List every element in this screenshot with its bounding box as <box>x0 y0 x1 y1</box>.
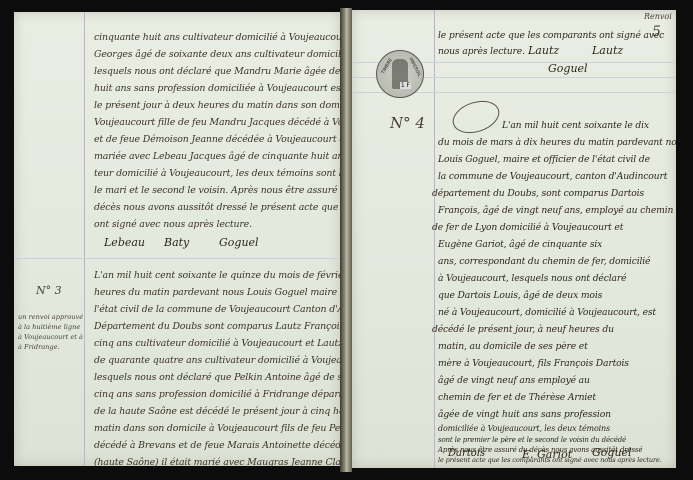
text-line: l'état civil de la commune de Voujeaucou… <box>94 304 340 315</box>
text-line: Georges âgé de soixante deux ans cultiva… <box>94 49 340 60</box>
text-line: ans, correspondant du chemin de fer, dom… <box>438 256 650 267</box>
margin-note: un renvoi approuvé à la huitième ligne à… <box>18 312 83 352</box>
text-line: (haute Saône) il était marié avec Maugra… <box>94 457 340 466</box>
text-line: domiciliée à Voujeaucourt, les deux témo… <box>438 424 610 433</box>
text-line: Louis Goguel, maire et officier de l'éta… <box>438 154 650 165</box>
signature: Goguel <box>548 62 588 75</box>
text-line: Département du Doubs sont comparus Lautz… <box>94 321 340 332</box>
margin-note-line: un renvoi approuvé <box>18 312 83 322</box>
signature: Goguel <box>219 236 259 249</box>
book-gutter <box>340 8 352 472</box>
text-line: décédé à Brevans et de feue Marais Antoi… <box>94 440 340 451</box>
text-line: Après nous être assuré du décès nous avo… <box>438 446 642 454</box>
signature: Lebeau <box>104 236 145 249</box>
text-line: cinquante huit ans cultivateur domicilié… <box>94 32 340 43</box>
text-line: du mois de mars à dix heures du matin pa… <box>438 137 676 148</box>
text-line: lesquels nous ont déclaré que Pelkin Ant… <box>94 372 340 383</box>
text-line: teur domicilié à Voujeaucourt, les deux … <box>94 168 340 179</box>
text-line: nous après lecture. <box>438 46 525 57</box>
text-line: mariée avec Lebeau Jacques âgé de cinqua… <box>94 151 340 162</box>
text-line: L'an mil huit cent soixante le quinze du… <box>94 270 340 281</box>
separator-line <box>14 258 340 259</box>
text-line: L'an mil huit cent soixante le dix <box>502 120 649 131</box>
margin-rule <box>434 10 435 468</box>
text-line: ont signé avec nous après lecture. <box>94 219 252 230</box>
text-line: âgée de vingt huit ans sans profession <box>438 409 611 420</box>
text-line: le mari et le second le voisin. Après no… <box>94 185 340 196</box>
stamp-text-right: IMPERIAL <box>408 57 422 78</box>
text-line: que Dartois Louis, âgé de deux mois <box>438 290 602 301</box>
text-line: mère à Voujeaucourt, fils François Darto… <box>438 358 629 369</box>
text-line: département du Doubs, sont comparus Dart… <box>432 188 644 199</box>
stamp-value: 1 F <box>400 82 411 89</box>
right-page: Renvoi 5 le présent acte que les compara… <box>352 10 676 468</box>
text-line: matin dans son domicile à Voujeaucourt f… <box>94 423 340 434</box>
margin-rule <box>84 12 85 466</box>
text-line: né à Voujeaucourt, domicilié à Voujeauco… <box>438 307 656 318</box>
text-line: huit ans sans profession domiciliée à Vo… <box>94 83 340 94</box>
text-line: matin, au domicile de ses père et <box>438 341 588 352</box>
margin-note-line: à la huitième ligne <box>18 322 83 332</box>
text-line: décédé le présent jour, à neuf heures du <box>432 324 614 335</box>
text-line: lesquels nous ont déclaré que Mandru Mar… <box>94 66 340 77</box>
text-line: heures du matin pardevant nous Louis Gog… <box>94 287 340 298</box>
corner-note: Renvoi <box>644 12 672 21</box>
text-line: cinq ans sans profession domicilié à Fri… <box>94 389 340 400</box>
text-line: la commune de Voujeaucourt, canton d'Aud… <box>438 171 667 182</box>
text-line: Eugène Gariot, âgé de cinquante six <box>438 239 602 250</box>
text-line: à Voujeaucourt, lesquels nous ont déclar… <box>438 273 626 284</box>
initial-flourish <box>449 95 504 138</box>
margin-note-line: à Voujeaucourt et à <box>18 332 83 342</box>
text-line: le présent acte que les comparants ont s… <box>438 30 664 41</box>
text-line: cinq ans cultivateur domicilié à Voujeau… <box>94 338 340 349</box>
act-number: N° 3 <box>36 284 62 297</box>
margin-note-line: à Fridrange. <box>18 342 83 352</box>
signature: Baty <box>164 236 189 249</box>
text-line: de la haute Saône est décédé le présent … <box>94 406 340 417</box>
text-line: décès nous avons aussitôt dressé le prés… <box>94 202 340 213</box>
fiscal-stamp: TIMBRE IMPERIAL 1 F <box>376 50 424 98</box>
text-line: âgé de vingt neuf ans employé au <box>438 375 590 386</box>
text-line: sont le premier le père et le second le … <box>438 436 626 444</box>
signature: Lautz <box>592 44 623 57</box>
text-line: de quarante quatre ans cultivateur domic… <box>94 355 340 366</box>
left-page: cinquante huit ans cultivateur domicilié… <box>14 12 340 466</box>
text-line: le présent jour à deux heures du matin d… <box>94 100 340 111</box>
signature: Lautz <box>528 44 559 57</box>
text-line: de fer de Lyon domicilié à Voujeaucourt … <box>432 222 623 233</box>
text-line: chemin de fer et de Thérèse Arniet <box>438 392 596 403</box>
text-line: et de feue Démoison Jeanne décédée à Vou… <box>94 134 340 145</box>
text-line: Voujeaucourt fille de feu Mandru Jacques… <box>94 117 340 128</box>
text-line: François, âgé de vingt neuf ans, employé… <box>438 205 673 216</box>
text-line: le présent acte que les comparants ont s… <box>438 456 662 464</box>
act-number: N° 4 <box>390 114 425 132</box>
